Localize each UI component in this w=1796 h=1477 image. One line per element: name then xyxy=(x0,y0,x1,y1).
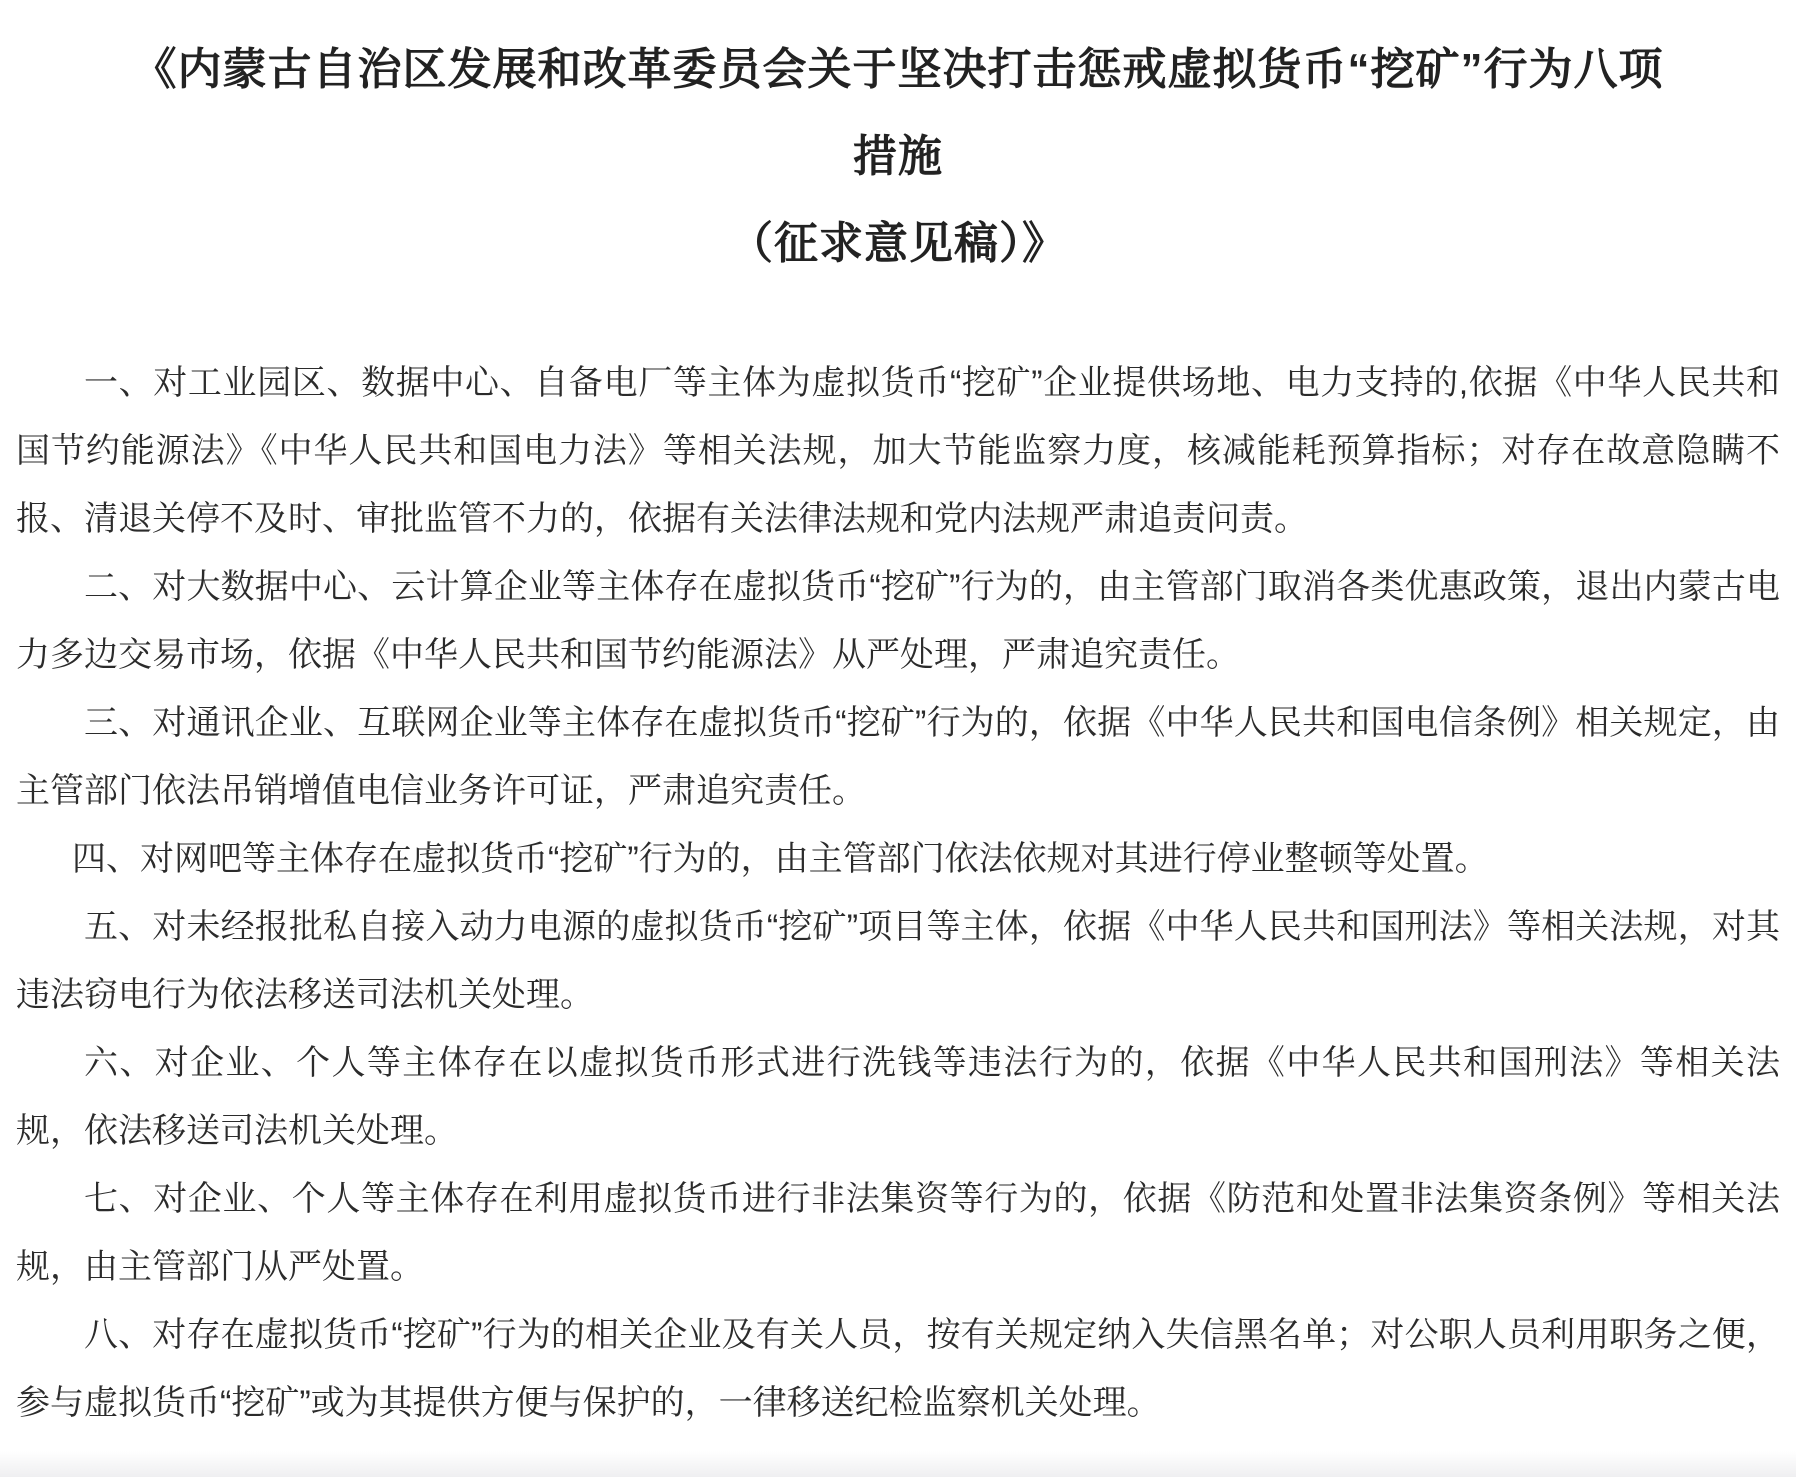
paragraph-1: 一、对工业园区、数据中心、自备电厂等主体为虚拟货币“挖矿”企业提供场地、电力支持… xyxy=(16,349,1780,553)
document-page: { "page": { "background_color": "#ffffff… xyxy=(0,0,1796,1477)
paragraph-3: 三、对通讯企业、互联网企业等主体存在虚拟货币“挖矿”行为的，依据《中华人民共和国… xyxy=(16,689,1780,825)
document-title: 《内蒙古自治区发展和改革委员会关于坚决打击惩戒虚拟货币“挖矿”行为八项 措施 （… xyxy=(16,26,1780,287)
paragraph-6: 六、对企业、个人等主体存在以虚拟货币形式进行洗钱等违法行为的，依据《中华人民共和… xyxy=(16,1029,1780,1165)
document-body: 《内蒙古自治区发展和改革委员会关于坚决打击惩戒虚拟货币“挖矿”行为八项 措施 （… xyxy=(0,0,1796,1477)
document-paragraphs: 一、对工业园区、数据中心、自备电厂等主体为虚拟货币“挖矿”企业提供场地、电力支持… xyxy=(16,349,1780,1437)
paragraph-5: 五、对未经报批私自接入动力电源的虚拟货币“挖矿”项目等主体，依据《中华人民共和国… xyxy=(16,893,1780,1029)
document-subtitle: （征求意见稿）》 xyxy=(16,200,1780,287)
document-title-line-1: 《内蒙古自治区发展和改革委员会关于坚决打击惩戒虚拟货币“挖矿”行为八项 xyxy=(16,26,1780,113)
paragraph-7: 七、对企业、个人等主体存在利用虚拟货币进行非法集资等行为的，依据《防范和处置非法… xyxy=(16,1165,1780,1301)
paragraph-8: 八、对存在虚拟货币“挖矿”行为的相关企业及有关人员，按有关规定纳入失信黑名单；对… xyxy=(16,1301,1780,1437)
paragraph-2: 二、对大数据中心、云计算企业等主体存在虚拟货币“挖矿”行为的，由主管部门取消各类… xyxy=(16,553,1780,689)
document-title-line-2: 措施 xyxy=(16,113,1780,200)
paragraph-4: 四、对网吧等主体存在虚拟货币“挖矿”行为的，由主管部门依法依规对其进行停业整顿等… xyxy=(16,825,1780,893)
